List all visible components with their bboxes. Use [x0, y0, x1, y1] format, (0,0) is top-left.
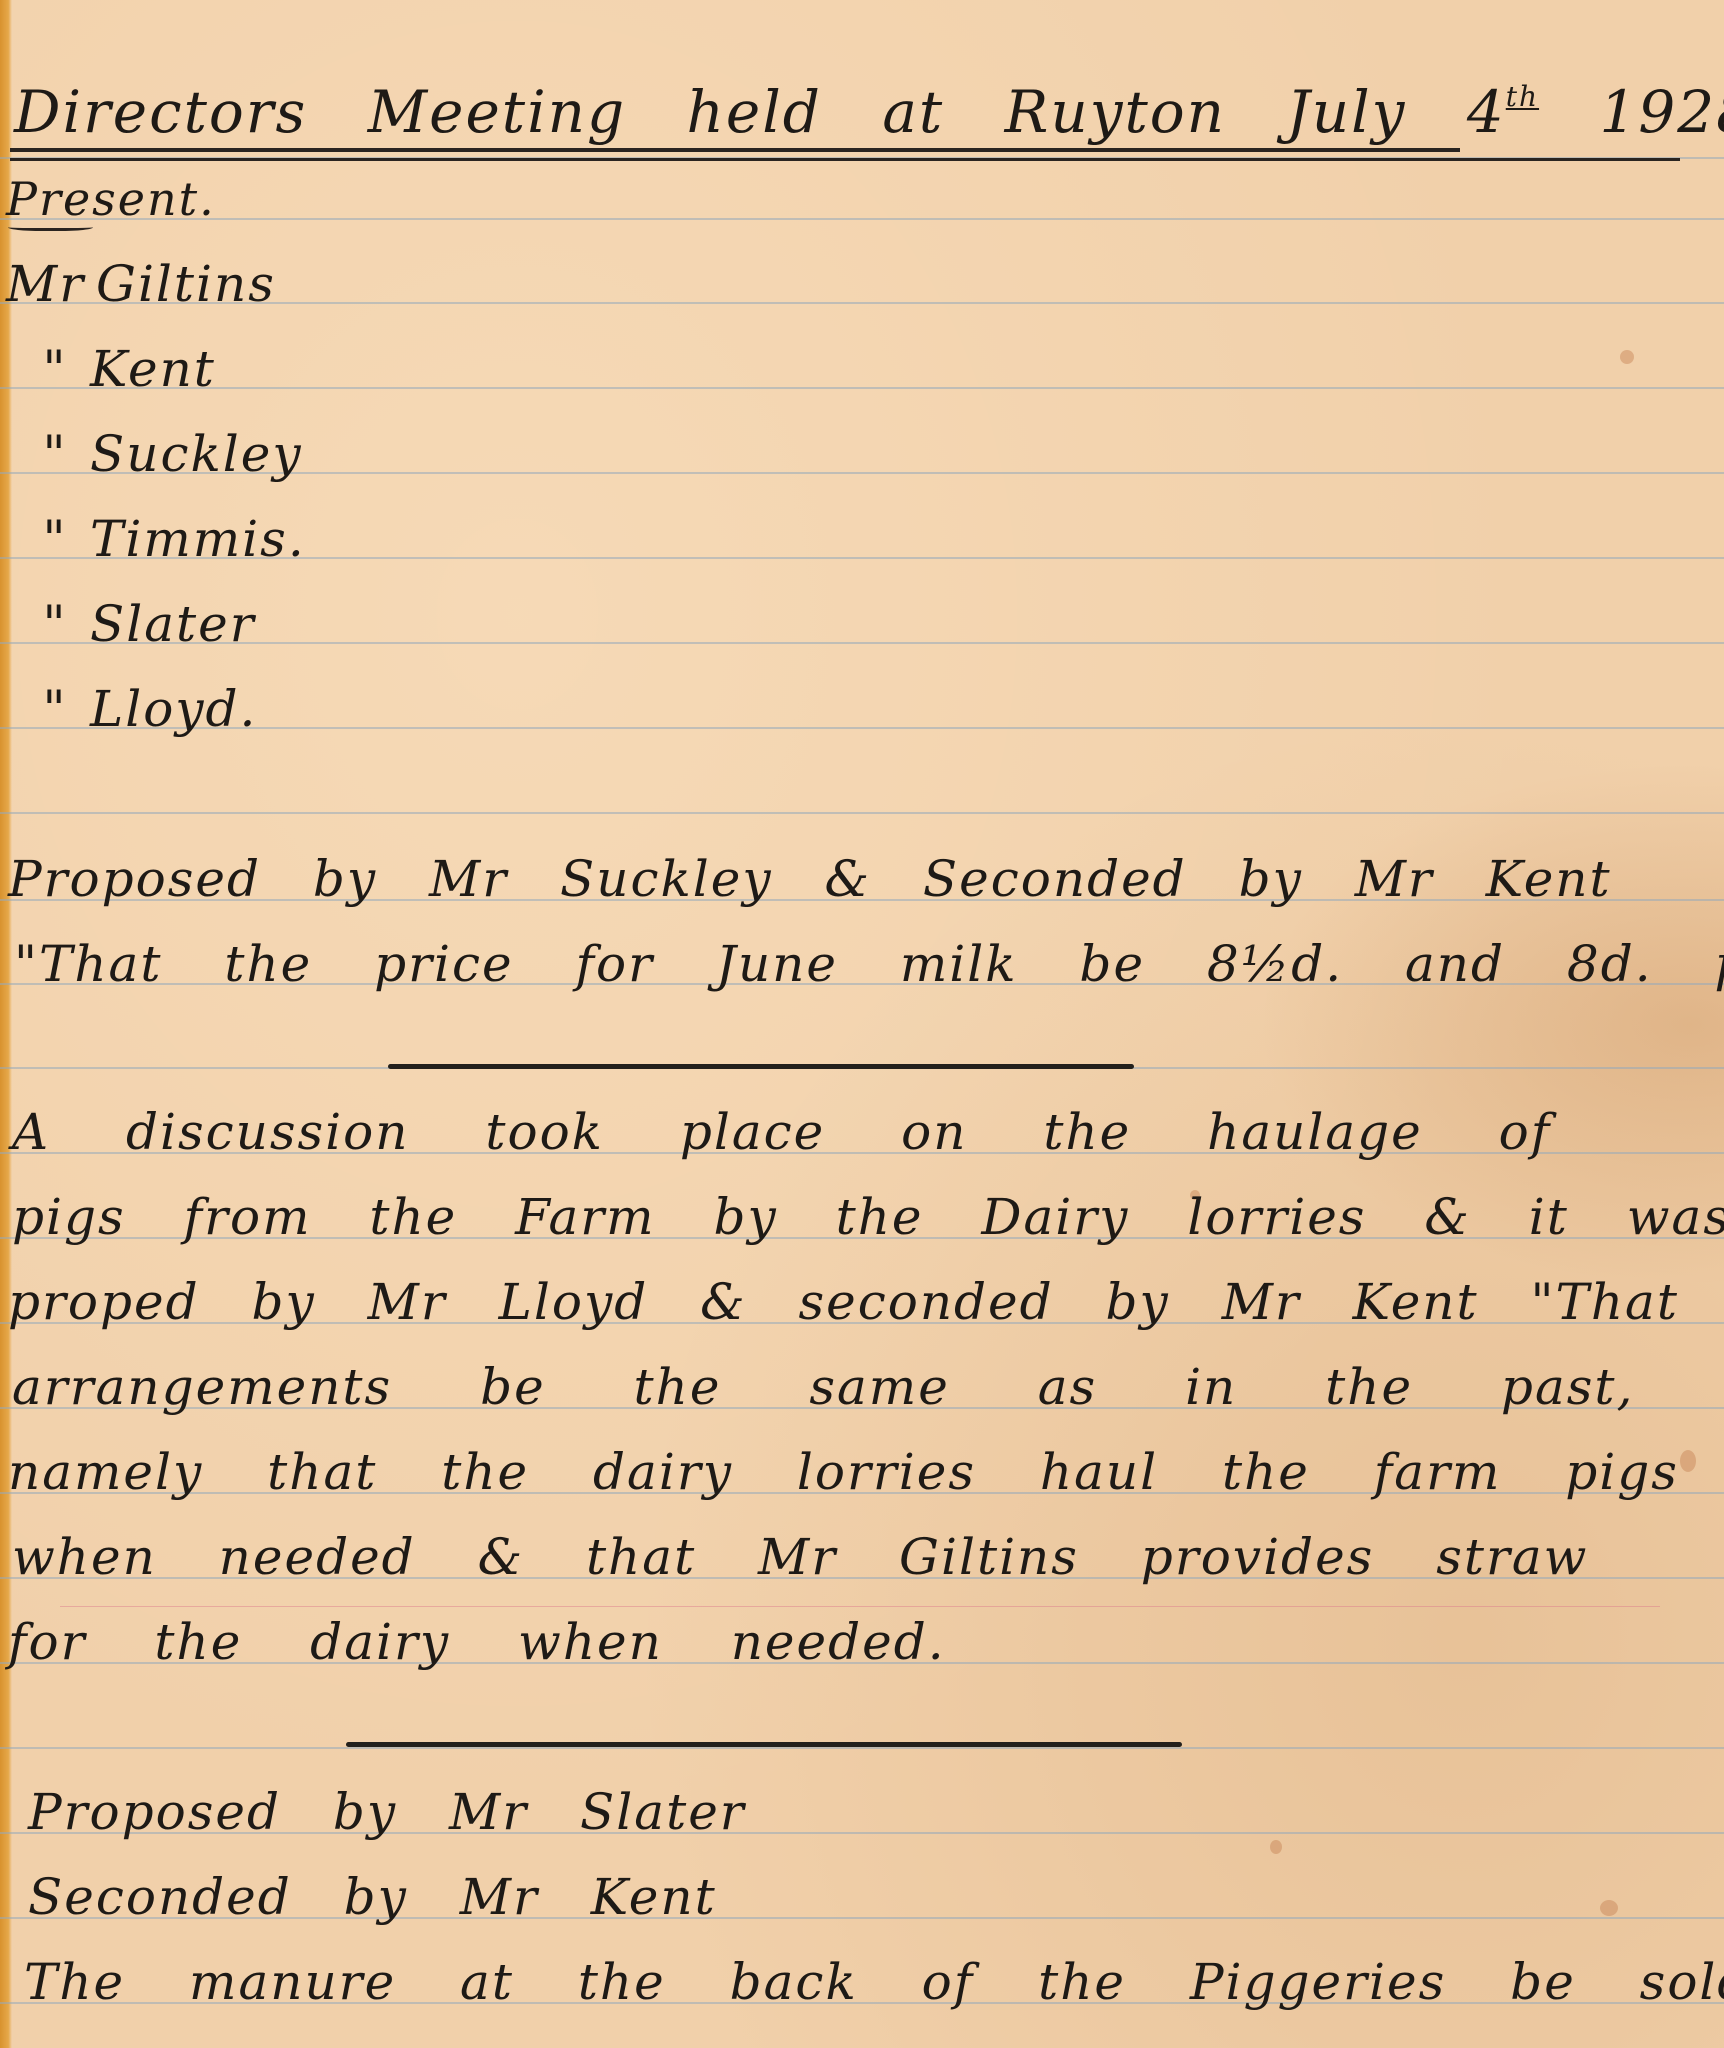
- attendee-name: Suckley: [90, 425, 303, 483]
- resolution-1-motion: "That the price for June milk be 8½d. an…: [14, 935, 1724, 993]
- ruled-line: [0, 727, 1724, 729]
- ruled-line: [0, 812, 1724, 814]
- title-text: Directors Meeting held at Ruyton July 4: [14, 78, 1506, 146]
- ruled-line: [0, 387, 1724, 389]
- foxing-stain: [1600, 1900, 1618, 1916]
- attendee-name: Lloyd.: [90, 680, 257, 738]
- section-divider: [388, 1064, 1134, 1069]
- ledger-page: Directors Meeting held at Ruyton July 4t…: [0, 0, 1724, 2048]
- ruled-line: [0, 1747, 1724, 1749]
- attendee-row: "Timmis.: [20, 510, 306, 568]
- ditto-mark: ": [20, 510, 90, 568]
- foxing-stain: [1680, 1450, 1696, 1472]
- attendee-row: "Lloyd.: [20, 680, 257, 738]
- ditto-mark: ": [20, 425, 90, 483]
- ruled-line: [0, 218, 1724, 220]
- discussion-line: when needed & that Mr Giltins provides s…: [12, 1528, 1588, 1586]
- attendee-row: "Suckley: [20, 425, 303, 483]
- resolution-2-motion: The manure at the back of the Piggeries …: [24, 1953, 1724, 2011]
- discussion-line: namely that the dairy lorries haul the f…: [8, 1443, 1679, 1501]
- present-wavy-underline: [8, 222, 93, 231]
- attendee-row: "Kent: [20, 340, 216, 398]
- discussion-line: arrangements be the same as in the past,: [12, 1358, 1634, 1416]
- discussion-line: pigs from the Farm by the Dairy lorries …: [12, 1188, 1724, 1246]
- ditto-mark: ": [20, 680, 90, 738]
- section-divider: [346, 1742, 1182, 1747]
- resolution-2-seconder: Seconded by Mr Kent: [28, 1868, 717, 1926]
- attendee-prefix: Mr: [6, 255, 96, 313]
- discussion-line: proped by Mr Lloyd & seconded by Mr Kent…: [8, 1273, 1724, 1331]
- discussion-line: A discussion took place on the haulage o…: [12, 1103, 1551, 1161]
- margin-rule: [60, 1606, 1660, 1607]
- foxing-stain: [1620, 350, 1634, 364]
- foxing-stain: [1270, 1840, 1282, 1854]
- attendee-name: Giltins: [96, 255, 276, 313]
- title-year: 1928.: [1539, 78, 1724, 146]
- present-heading: Present.: [6, 172, 216, 226]
- page-title: Directors Meeting held at Ruyton July 4t…: [14, 78, 1724, 146]
- ditto-mark: ": [20, 595, 90, 653]
- ditto-mark: ": [20, 340, 90, 398]
- title-underline: [10, 148, 1460, 152]
- attendee-row: MrGiltins: [6, 255, 276, 313]
- discussion-line: for the dairy when needed.: [8, 1613, 946, 1671]
- attendee-row: "Slater: [20, 595, 256, 653]
- date-suffix: th: [1506, 80, 1539, 113]
- attendee-name: Timmis.: [90, 510, 306, 568]
- title-underline-2: [10, 158, 1680, 161]
- ruled-line: [0, 642, 1724, 644]
- attendee-name: Slater: [90, 595, 256, 653]
- resolution-2-proposer: Proposed by Mr Slater: [28, 1783, 746, 1841]
- attendee-name: Kent: [90, 340, 216, 398]
- resolution-1-proposer: Proposed by Mr Suckley & Seconded by Mr …: [8, 850, 1612, 908]
